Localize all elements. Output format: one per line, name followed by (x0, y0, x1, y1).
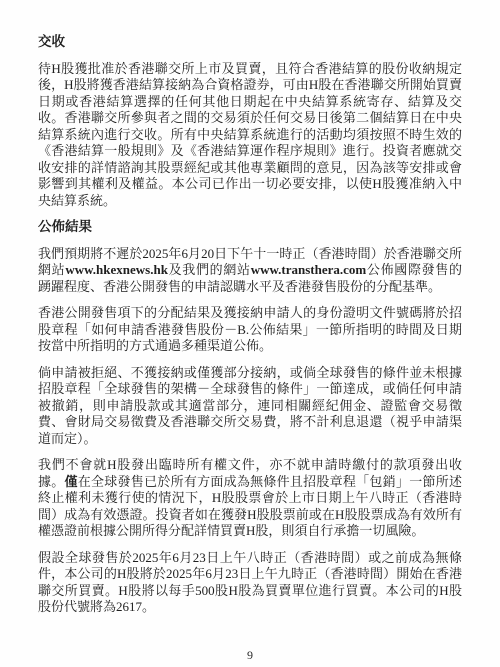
text-run: 香港公開發售項下的分配結果及獲接納申請人的身份證明文件號碼將於招股章程「如何申請… (38, 305, 462, 353)
settlement-heading: 交收 (38, 34, 462, 51)
page-number: 9 (0, 648, 500, 662)
text-run: 待H股獲批准於香港聯交所上市及買賣，且符合香港結算的股份收納規定後，H股將獲香港… (38, 61, 462, 208)
section-announcement-of-results: 公佈結果 我們預期將不遲於2025年6月20日下午十一時正（香港時間）於香港聯交… (38, 219, 462, 616)
url-hkexnews: www.hkexnews.hk (65, 262, 168, 277)
text-run: 及我們的網站 (168, 262, 251, 277)
document-page: 交收 待H股獲批准於香港聯交所上市及買賣，且符合香港結算的股份收納規定後，H股將… (0, 0, 500, 667)
emphasized-char: 僅 (65, 474, 78, 489)
paragraph: 倘申請被拒絕、不獲接納或僅獲部分接納，或倘全球發售的條件並未根據招股章程「全球發… (38, 365, 462, 448)
text-run: 在全球發售已於所有方面成為無條件且招股章程「包銷」一節所述終止權利未獲行使的情況… (38, 474, 462, 539)
section-settlement: 交收 待H股獲批准於香港聯交所上市及買賣，且符合香港結算的股份收納規定後，H股將… (38, 34, 462, 209)
url-transthera: www.transthera.com (251, 262, 367, 277)
paragraph: 假設全球發售於2025年6月23日上午八時正（香港時間）或之前成為無條件，本公司… (38, 550, 462, 616)
text-run: 假設全球發售於2025年6月23日上午八時正（香港時間）或之前成為無條件，本公司… (38, 550, 462, 615)
paragraph: 我們預期將不遲於2025年6月20日下午十一時正（香港時間）於香港聯交所網站ww… (38, 246, 462, 296)
paragraph: 我們不會就H股發出臨時所有權文件，亦不就申請時繳付的款項發出收據。僅在全球發售已… (38, 457, 462, 540)
paragraph: 待H股獲批准於香港聯交所上市及買賣，且符合香港結算的股份收納規定後，H股將獲香港… (38, 61, 462, 210)
paragraph: 香港公開發售項下的分配結果及獲接納申請人的身份證明文件號碼將於招股章程「如何申請… (38, 305, 462, 355)
results-heading: 公佈結果 (38, 219, 462, 236)
text-run: 倘申請被拒絕、不獲接納或僅獲部分接納，或倘全球發售的條件並未根據招股章程「全球發… (38, 365, 462, 446)
